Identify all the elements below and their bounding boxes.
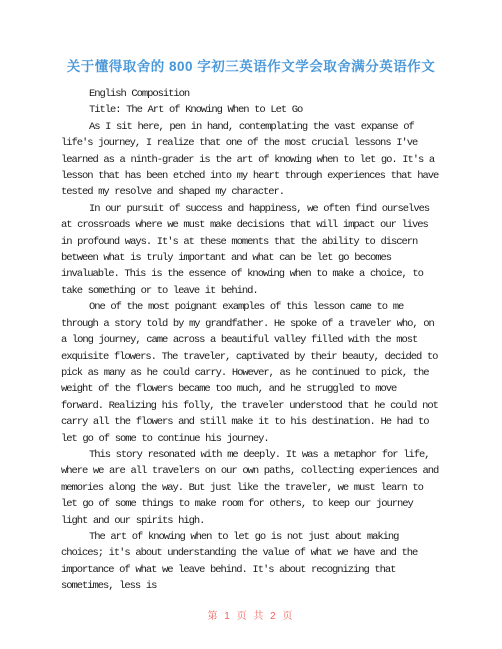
document-title: 关于懂得取舍的 800 字初三英语作文学会取舍满分英语作文	[0, 55, 502, 75]
paragraph: This story resonated with me deeply. It …	[61, 447, 443, 529]
paragraph: In our pursuit of success and happiness,…	[61, 201, 443, 299]
page-number-footer: 第 1 页 共 2 页	[0, 607, 502, 622]
paragraph: English Composition	[61, 86, 443, 102]
paragraph: Title: The Art of Knowing When to Let Go	[61, 102, 443, 118]
document-page: 关于懂得取舍的 800 字初三英语作文学会取舍满分英语作文 English Co…	[0, 0, 502, 649]
document-body: English Composition Title: The Art of Kn…	[61, 86, 443, 595]
paragraph: The art of knowing when to let go is not…	[61, 529, 443, 595]
paragraph: One of the most poignant examples of thi…	[61, 299, 443, 447]
paragraph: As I sit here, pen in hand, contemplatin…	[61, 119, 443, 201]
